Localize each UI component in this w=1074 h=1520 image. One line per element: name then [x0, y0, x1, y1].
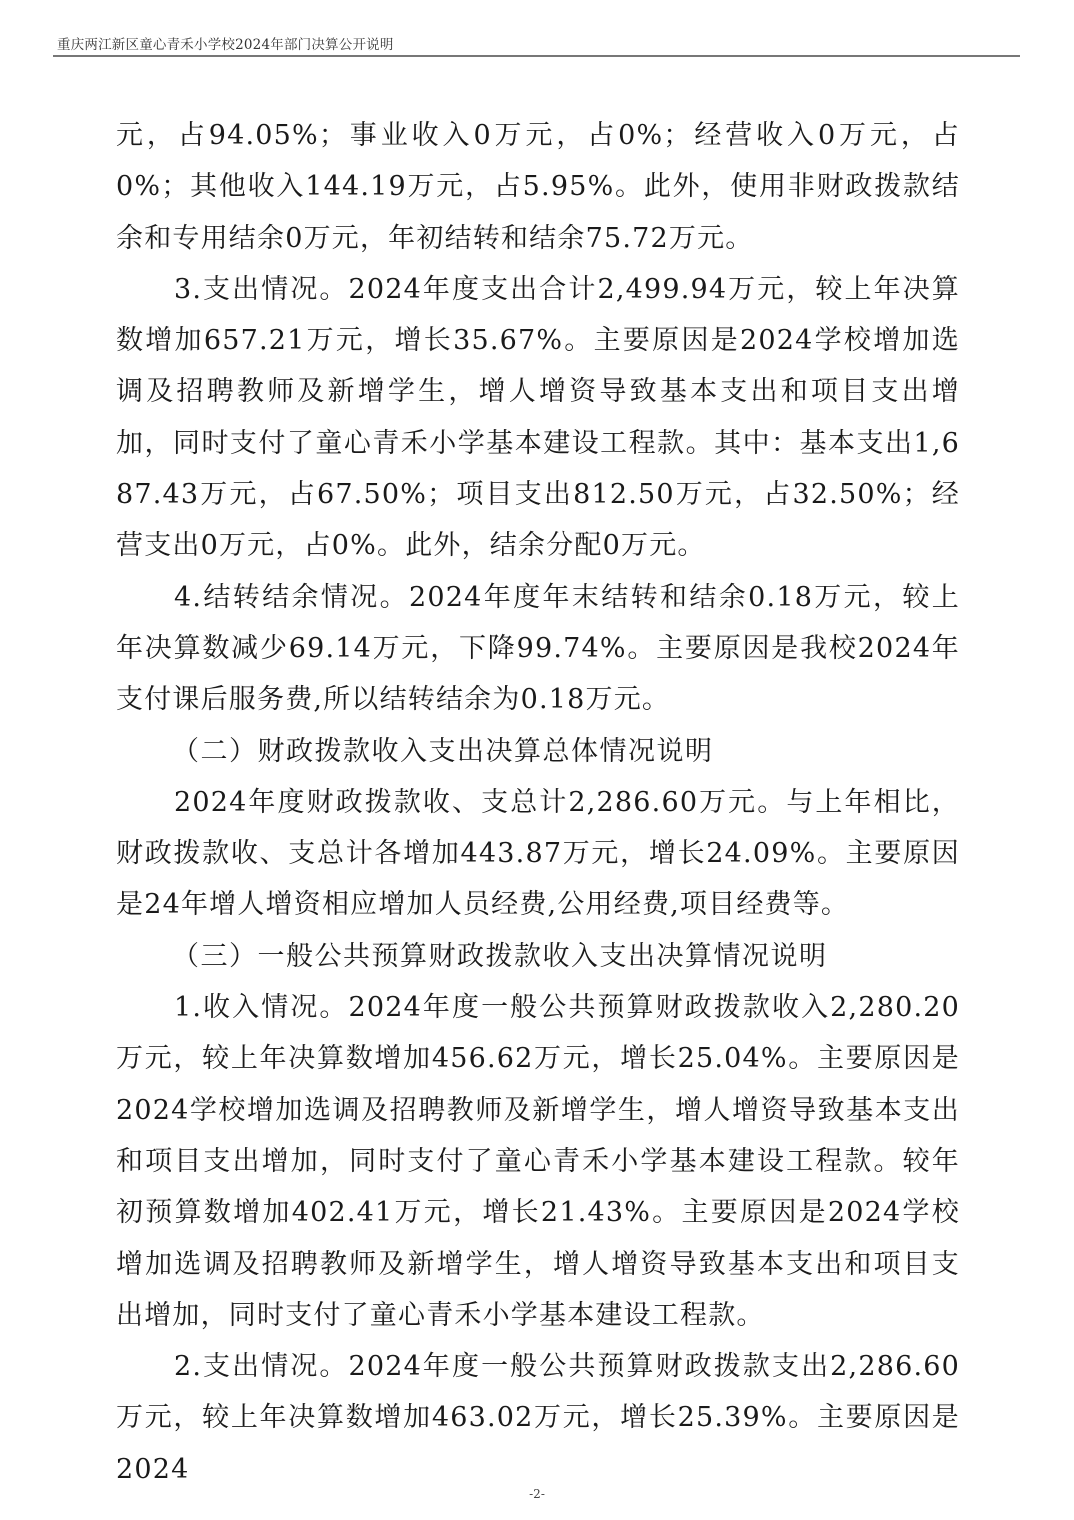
- header-title: 重庆两江新区童心青禾小学校2024年部门决算公开说明: [57, 33, 394, 53]
- paragraph-general-budget-income: 1.收入情况。2024年度一般公共预算财政拨款收入2,280.20万元，较上年决…: [116, 982, 960, 1341]
- document-body: 元，占94.05%；事业收入0万元，占0%；经营收入0万元，占0%；其他收入14…: [116, 110, 960, 1495]
- section-heading-3: （三）一般公共预算财政拨款收入支出决算情况说明: [116, 931, 960, 982]
- paragraph-carryover-balance: 4.结转结余情况。2024年度年末结转和结余0.18万元，较上年决算数减少69.…: [116, 572, 960, 726]
- paragraph-fiscal-total: 2024年度财政拨款收、支总计2,286.60万元。与上年相比，财政拨款收、支总…: [116, 777, 960, 931]
- paragraph-general-budget-expenditure: 2.支出情况。2024年度一般公共预算财政拨款支出2,286.60万元，较上年决…: [116, 1341, 960, 1495]
- section-heading-2: （二）财政拨款收入支出决算总体情况说明: [116, 726, 960, 777]
- page-header: 重庆两江新区童心青禾小学校2024年部门决算公开说明: [53, 33, 1020, 57]
- page-number: -2-: [0, 1487, 1074, 1501]
- paragraph-income-continuation: 元，占94.05%；事业收入0万元，占0%；经营收入0万元，占0%；其他收入14…: [116, 110, 960, 264]
- paragraph-expenditure: 3.支出情况。2024年度支出合计2,499.94万元，较上年决算数增加657.…: [116, 264, 960, 572]
